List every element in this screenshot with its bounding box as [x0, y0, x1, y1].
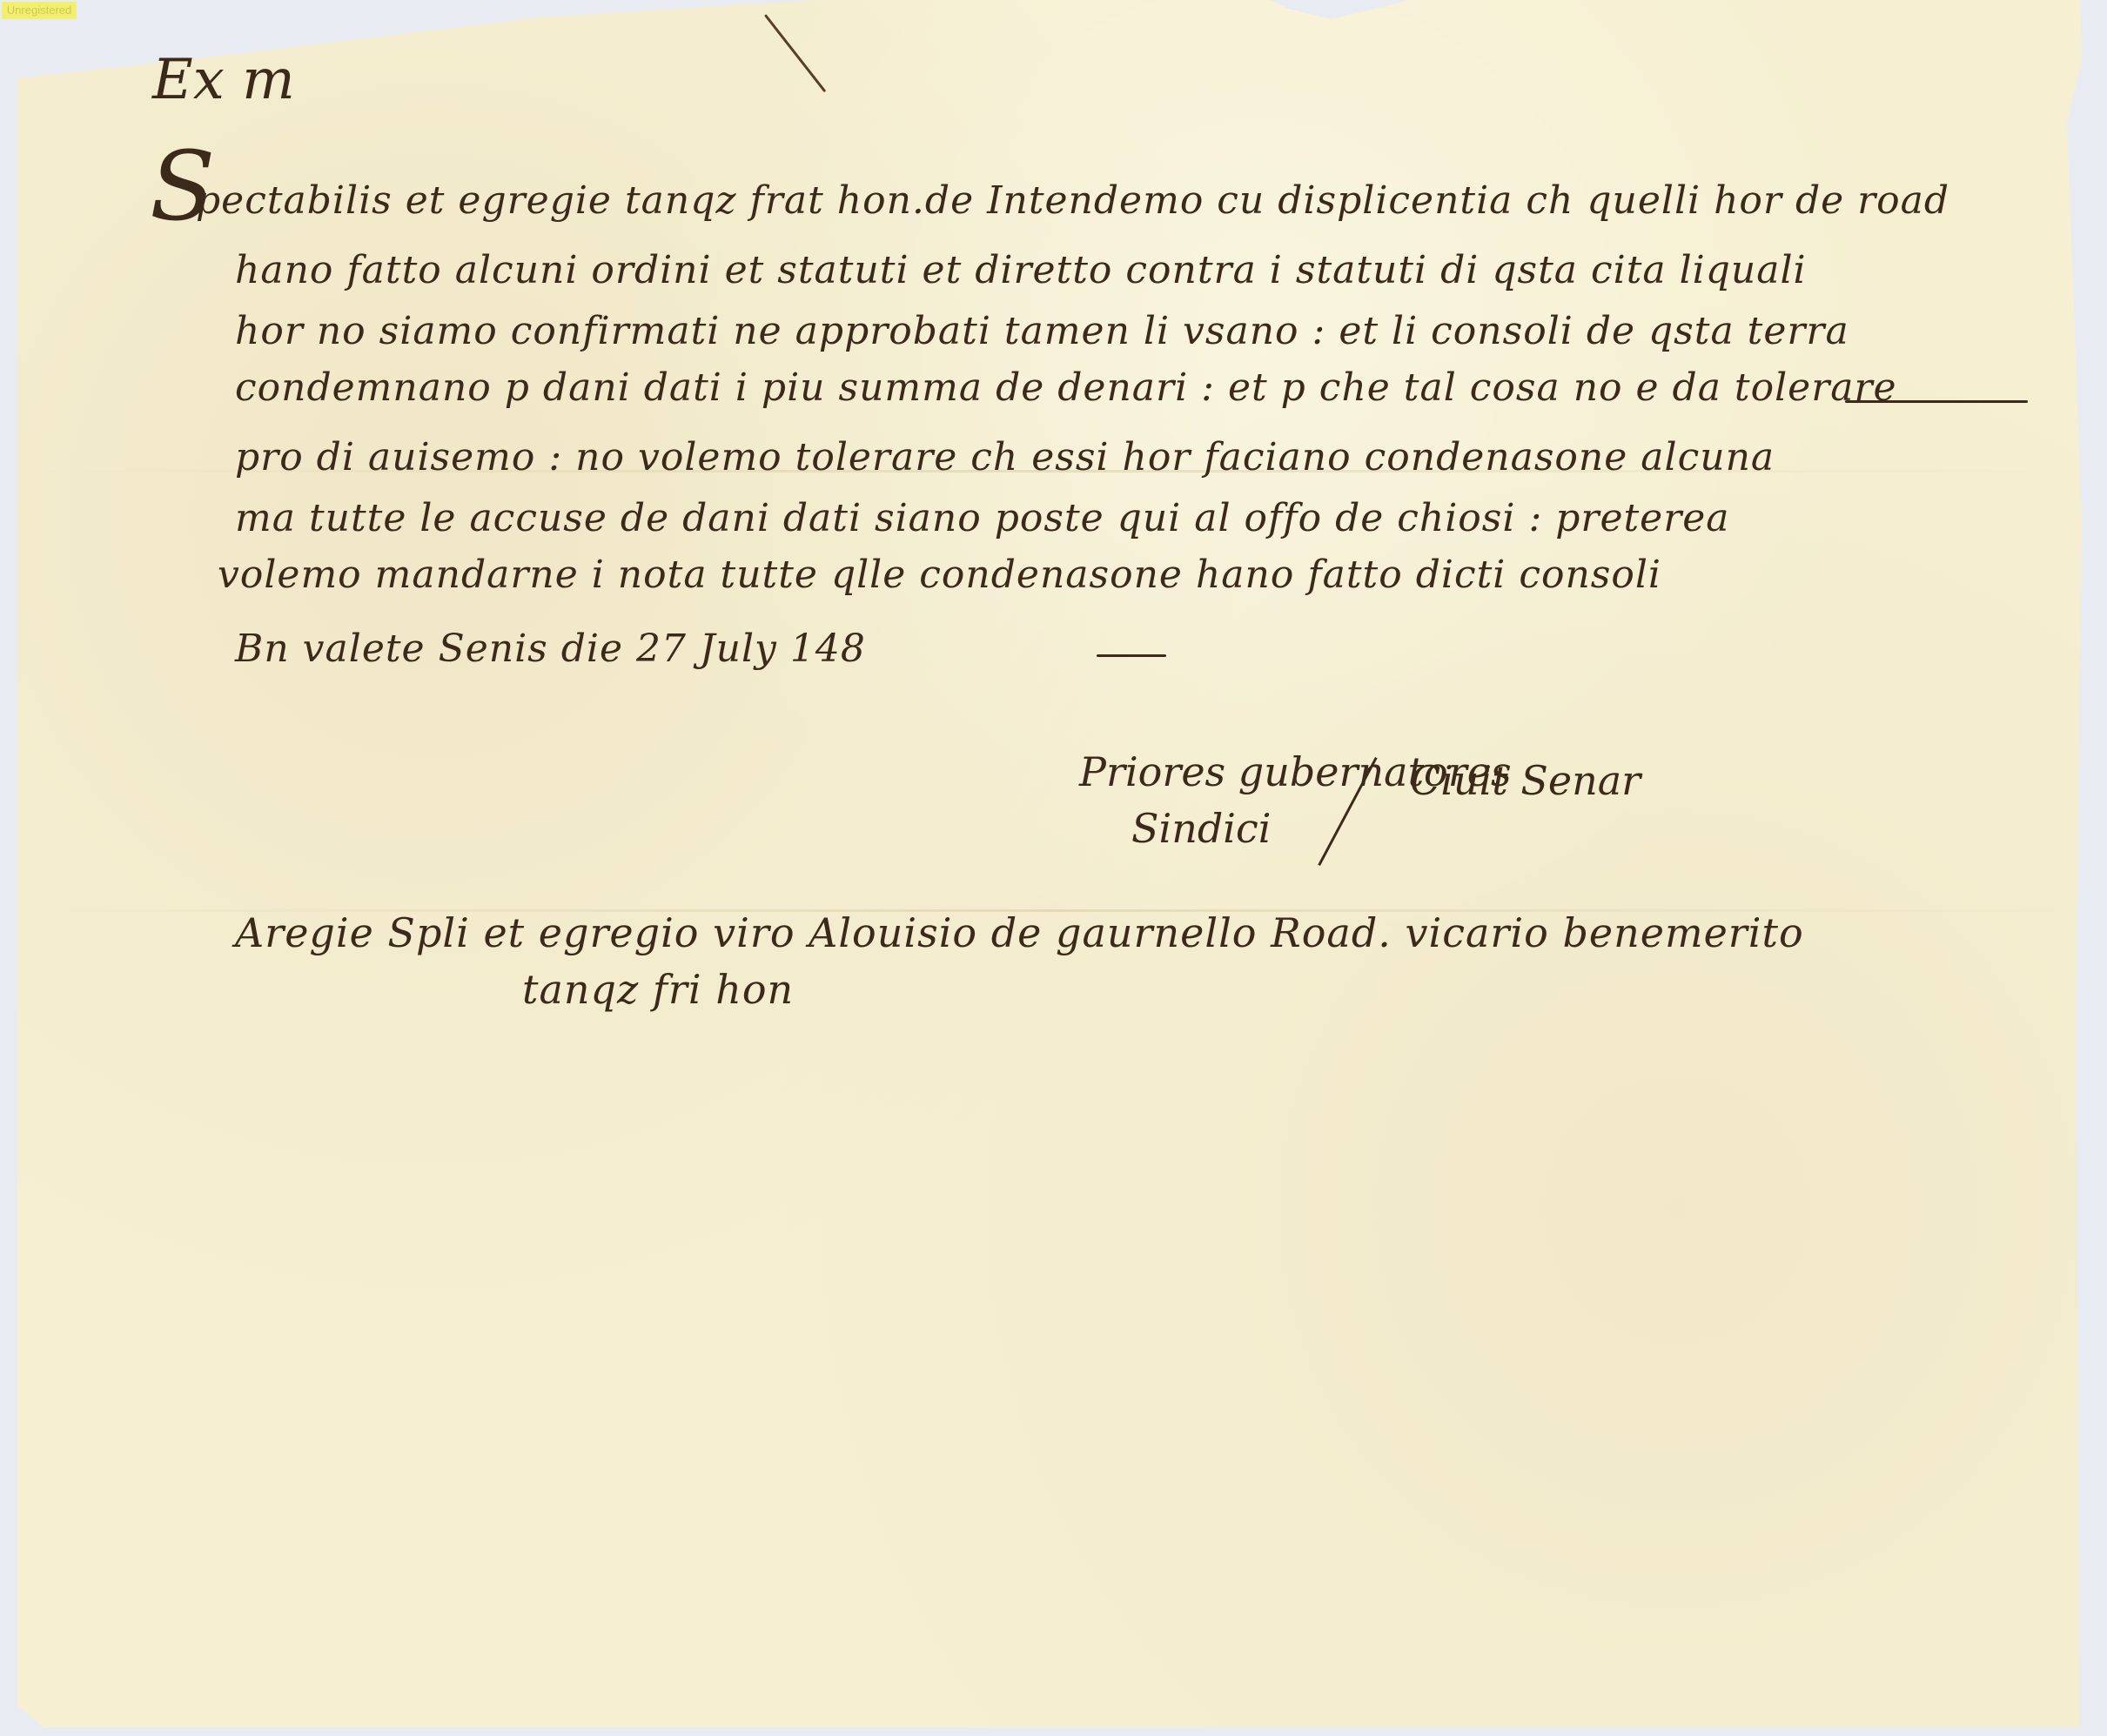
- unregistered-watermark: Unregistered: [2, 2, 77, 19]
- corner-annotation: Ex m: [152, 48, 295, 112]
- letter-line-6: ma tutte le accuse de dani dati siano po…: [235, 496, 1730, 540]
- address-line-1: Aregie Spli et egregio viro Alouisio de …: [235, 909, 1804, 956]
- date-end-flourish: [1097, 654, 1166, 657]
- signature-city: Ciuit Senar: [1410, 757, 1641, 804]
- letter-line-4: condemnano p dani dati i piu summa de de…: [235, 365, 1897, 410]
- letter-line-3: hor no siamo confirmati ne approbati tam…: [235, 309, 1849, 353]
- letter-line-5: pro di auisemo : no volemo tolerare ch e…: [235, 435, 1775, 479]
- letter-line-1: pectabilis et egregie tanqz frat hon.de …: [196, 178, 1949, 223]
- line-end-flourish: [1845, 400, 2028, 403]
- letter-line-8-date: Bn valete Senis die 27 July 148: [235, 627, 866, 671]
- address-line-2: tanqz fri hon: [522, 966, 794, 1013]
- letter-line-7: volemo mandarne i nota tutte qlle conden…: [218, 553, 1661, 597]
- signature-line-2: Sindici: [1131, 805, 1271, 852]
- letter-line-2: hano fatto alcuni ordini et statuti et d…: [235, 248, 1807, 292]
